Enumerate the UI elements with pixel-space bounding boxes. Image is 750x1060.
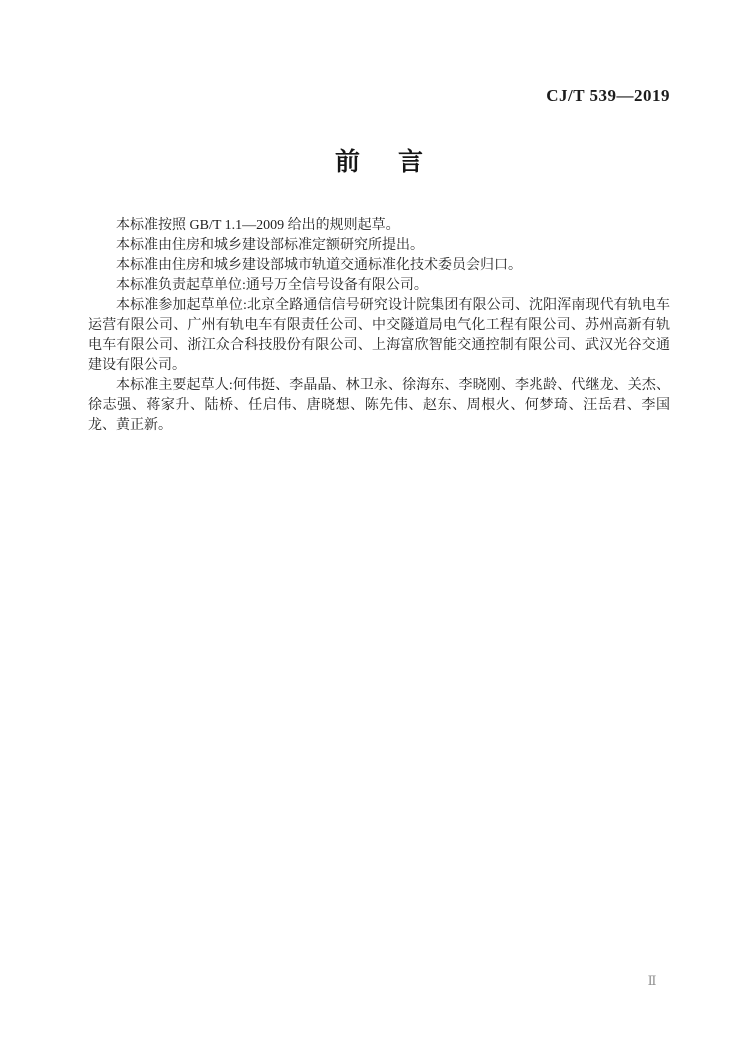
foreword-body: 本标准按照 GB/T 1.1—2009 给出的规则起草。 本标准由住房和城乡建设… — [88, 216, 670, 436]
page-title-char-2: 言 — [398, 149, 423, 176]
foreword-paragraph-centralized-by: 本标准由住房和城乡建设部城市轨道交通标准化技术委员会归口。 — [88, 256, 670, 276]
page-title-char-1: 前 — [335, 149, 360, 176]
foreword-paragraph-chief-drafters: 本标准主要起草人:何伟挺、李晶晶、林卫永、徐海东、李晓刚、李兆龄、代继龙、关杰、… — [88, 376, 670, 436]
foreword-paragraph-proposed-by: 本标准由住房和城乡建设部标准定额研究所提出。 — [88, 236, 670, 256]
page-number: Ⅱ — [640, 973, 664, 989]
standard-code: CJ/T 539—2019 — [546, 86, 670, 106]
foreword-paragraph-drafting-rules: 本标准按照 GB/T 1.1—2009 给出的规则起草。 — [88, 216, 670, 236]
foreword-paragraph-chief-drafting-org: 本标准负责起草单位:通号万全信号设备有限公司。 — [88, 276, 670, 296]
page-title: 前 言 — [88, 149, 670, 176]
foreword-paragraph-participating-orgs: 本标准参加起草单位:北京全路通信信号研究设计院集团有限公司、沈阳浑南现代有轨电车… — [88, 296, 670, 376]
document-page: CJ/T 539—2019 前 言 本标准按照 GB/T 1.1—2009 给出… — [0, 0, 750, 1060]
